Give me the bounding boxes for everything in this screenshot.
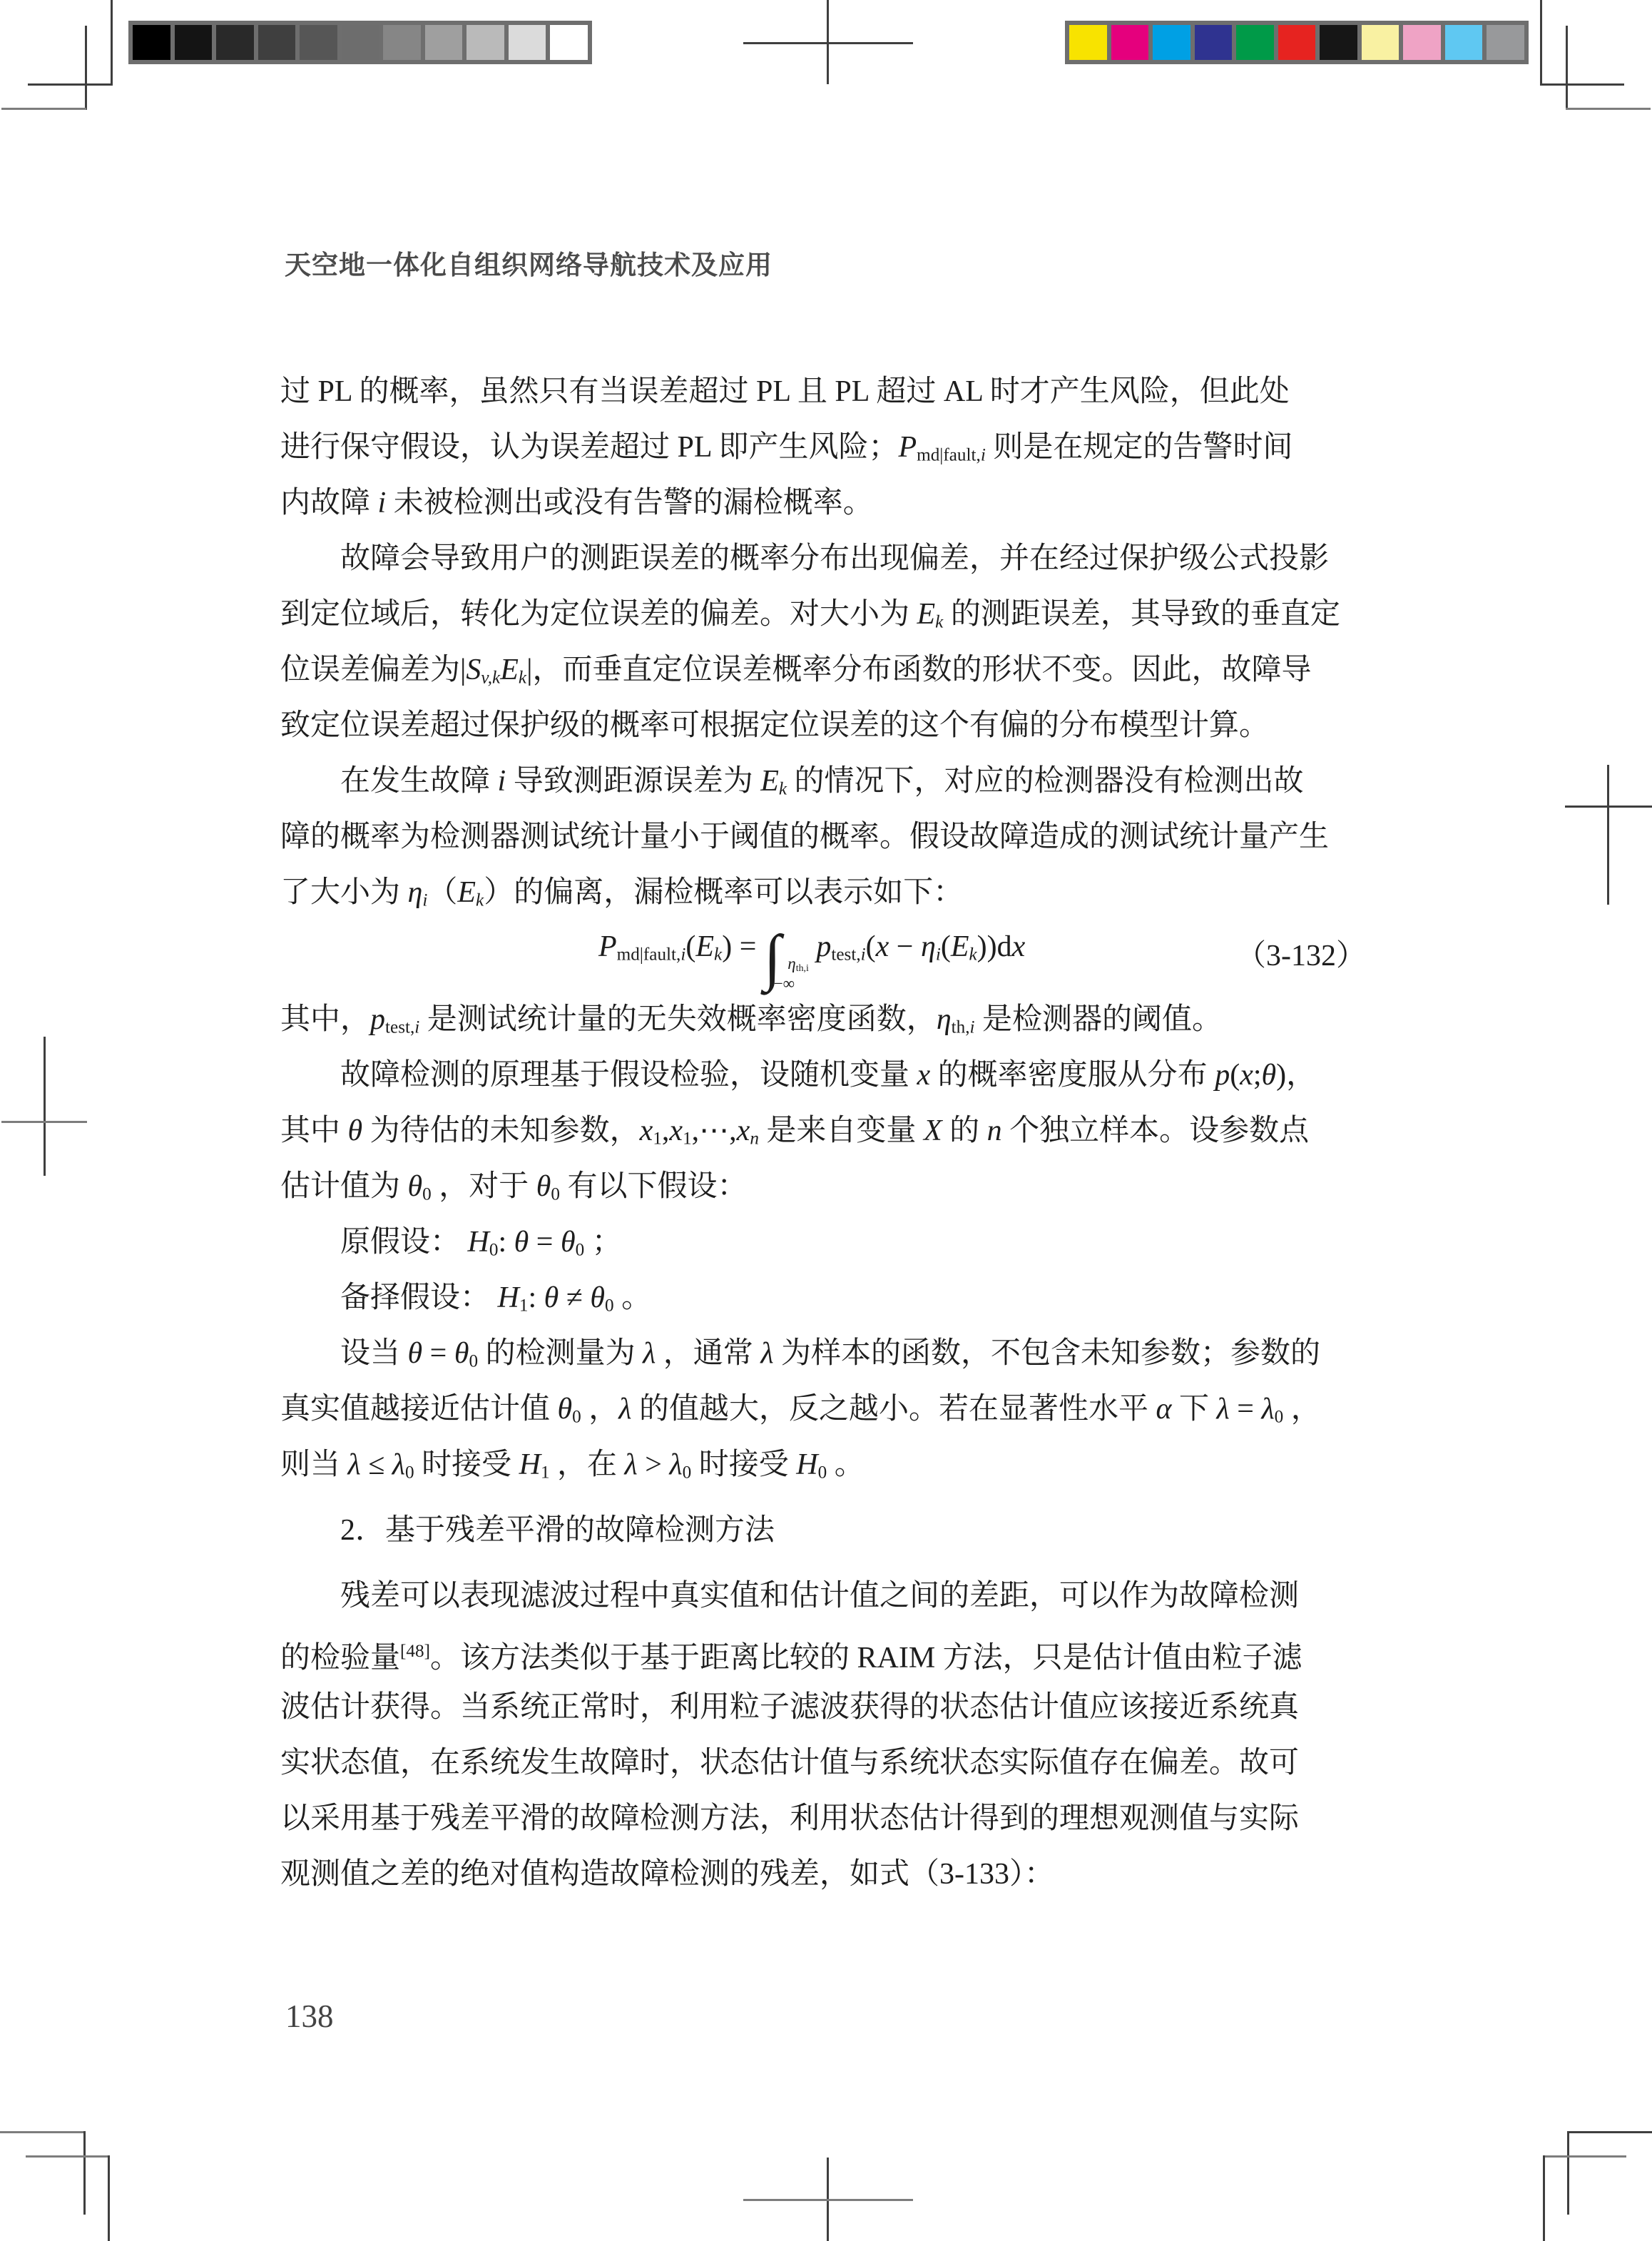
text-line: 障的概率为检测器测试统计量小于阈值的概率。假设故障造成的测试统计量产生 — [280, 809, 1372, 865]
crop-mark — [1566, 26, 1568, 110]
register-cross — [1, 1121, 87, 1123]
crop-mark — [1, 108, 86, 110]
gray-swatch — [258, 25, 296, 60]
formula: Pmd|fault,i(Ek) = ∫ηth,i−∞ ptest,i(x − η… — [598, 919, 1025, 993]
color-swatch — [1445, 25, 1483, 60]
crop-mark — [1543, 2155, 1545, 2241]
text-line: 过 PL 的概率，虽然只有当误差超过 PL 且 PL 超过 AL 时才产生风险，… — [280, 364, 1372, 420]
text-line: 原假设： H0: θ = θ0 ； — [280, 1214, 1372, 1270]
book-page: 天空地一体化自组织网络导航技术及应用 过 PL 的概率，虽然只有当误差超过 PL… — [0, 0, 1652, 2241]
crop-mark — [1567, 2131, 1569, 2215]
crop-mark — [0, 2131, 84, 2133]
crop-mark — [1544, 2155, 1626, 2158]
text-line: 波估计获得。当系统正常时，利用粒子滤波获得的状态估计值应该接近系统真 — [280, 1680, 1372, 1735]
gray-swatch — [216, 25, 254, 60]
text-line: 位误差偏差为|Sv,kEk|，而垂直定位误差概率分布函数的形状不变。因此，故障导 — [280, 642, 1372, 698]
crop-mark — [1540, 0, 1542, 86]
text-line: 在发生故障 i 导致测距源误差为 Ek 的情况下，对应的检测器没有检测出故 — [280, 753, 1372, 809]
crop-mark — [1540, 83, 1624, 86]
text-line: 故障会导致用户的测距误差的概率分布出现偏差，并在经过保护级公式投影 — [280, 531, 1372, 586]
text-line: 到定位域后，转化为定位误差的偏差。对大小为 Ek 的测距误差，其导致的垂直定 — [280, 586, 1372, 642]
text-line: 备择假设： H1: θ ≠ θ0 。 — [280, 1270, 1372, 1326]
text-line: 其中 θ 为待估的未知参数，x1,x1,⋯,xn 是来自变量 X 的 n 个独立… — [280, 1103, 1372, 1159]
gray-swatch — [133, 25, 170, 60]
text-line: 故障检测的原理基于假设检验，设随机变量 x 的概率密度服从分布 p(x;θ)， — [280, 1047, 1372, 1103]
color-swatch — [1487, 25, 1524, 60]
color-swatch — [1278, 25, 1316, 60]
crop-mark — [28, 83, 112, 86]
text-line: 的检验量[48]。该方法类似于基于距离比较的 RAIM 方法，只是估计值由粒子滤 — [280, 1624, 1372, 1680]
crop-mark — [1568, 2131, 1652, 2133]
register-cross — [1607, 765, 1609, 905]
color-swatch — [1195, 25, 1233, 60]
gray-swatch — [175, 25, 213, 60]
crop-mark — [1566, 108, 1651, 110]
crop-mark — [85, 26, 87, 110]
text-line: 真实值越接近估计值 θ0 ，λ 的值越大，反之越小。若在显著性水平 α 下 λ … — [280, 1381, 1372, 1437]
text-line: 残差可以表现滤波过程中真实值和估计值之间的差距，可以作为故障检测 — [280, 1568, 1372, 1624]
gray-swatch — [466, 25, 504, 60]
text-line: 了大小为 ηi（Ek）的偏离，漏检概率可以表示如下： — [280, 865, 1372, 920]
crop-mark — [108, 2155, 110, 2241]
text-line: 进行保守假设，认为误差超过 PL 即产生风险；Pmd|fault,i 则是在规定… — [280, 420, 1372, 475]
register-cross — [1565, 806, 1652, 808]
text-line: 估计值为 θ0 ，对于 θ0 有以下假设： — [280, 1159, 1372, 1214]
crop-mark — [83, 2131, 86, 2215]
equation-number: （3-132） — [1236, 928, 1366, 984]
register-cross — [743, 42, 913, 44]
equation-line: Pmd|fault,i(Ek) = ∫ηth,i−∞ ptest,i(x − η… — [280, 920, 1372, 992]
color-swatch — [1111, 25, 1149, 60]
body-text: 过 PL 的概率，虽然只有当误差超过 PL 且 PL 超过 AL 时才产生风险，… — [280, 364, 1372, 1902]
section-heading: 2．基于残差平滑的故障检测方法 — [280, 1503, 1372, 1558]
color-swatch — [1320, 25, 1357, 60]
color-swatch — [1069, 25, 1107, 60]
text-line: 观测值之差的绝对值构造故障检测的残差，如式（3-133）： — [280, 1846, 1372, 1902]
text-line: 实状态值，在系统发生故障时，状态估计值与系统状态实际值存在偏差。故可 — [280, 1735, 1372, 1791]
register-cross — [743, 2199, 913, 2201]
text-line: 致定位误差超过保护级的概率可根据定位误差的这个有偏的分布模型计算。 — [280, 698, 1372, 753]
crop-mark — [111, 0, 113, 86]
crop-mark — [26, 2155, 108, 2158]
gray-swatch — [550, 25, 588, 60]
gray-swatch — [383, 25, 421, 60]
color-calibration-bar — [1065, 21, 1529, 64]
register-cross — [44, 1037, 46, 1176]
text-line: 以采用基于残差平滑的故障检测方法，利用状态估计得到的理想观测值与实际 — [280, 1791, 1372, 1846]
text-line: 则当 λ ≤ λ0 时接受 H1 ，在 λ > λ0 时接受 H0 。 — [280, 1437, 1372, 1493]
color-swatch — [1153, 25, 1190, 60]
page-number: 138 — [285, 1998, 334, 2035]
text-line: 其中，ptest,i 是测试统计量的无失效概率密度函数，ηth,i 是检测器的阈… — [280, 992, 1372, 1047]
color-swatch — [1236, 25, 1274, 60]
running-header: 天空地一体化自组织网络导航技术及应用 — [285, 243, 773, 282]
grayscale-calibration-bar — [128, 21, 592, 64]
color-swatch — [1362, 25, 1399, 60]
text-line: 内故障 i 未被检测出或没有告警的漏检概率。 — [280, 475, 1372, 531]
text-line: 设当 θ = θ0 的检测量为 λ ，通常 λ 为样本的函数，不包含未知参数；参… — [280, 1326, 1372, 1381]
gray-swatch — [509, 25, 546, 60]
gray-swatch — [342, 25, 379, 60]
gray-swatch — [425, 25, 463, 60]
color-swatch — [1403, 25, 1441, 60]
gray-swatch — [300, 25, 337, 60]
